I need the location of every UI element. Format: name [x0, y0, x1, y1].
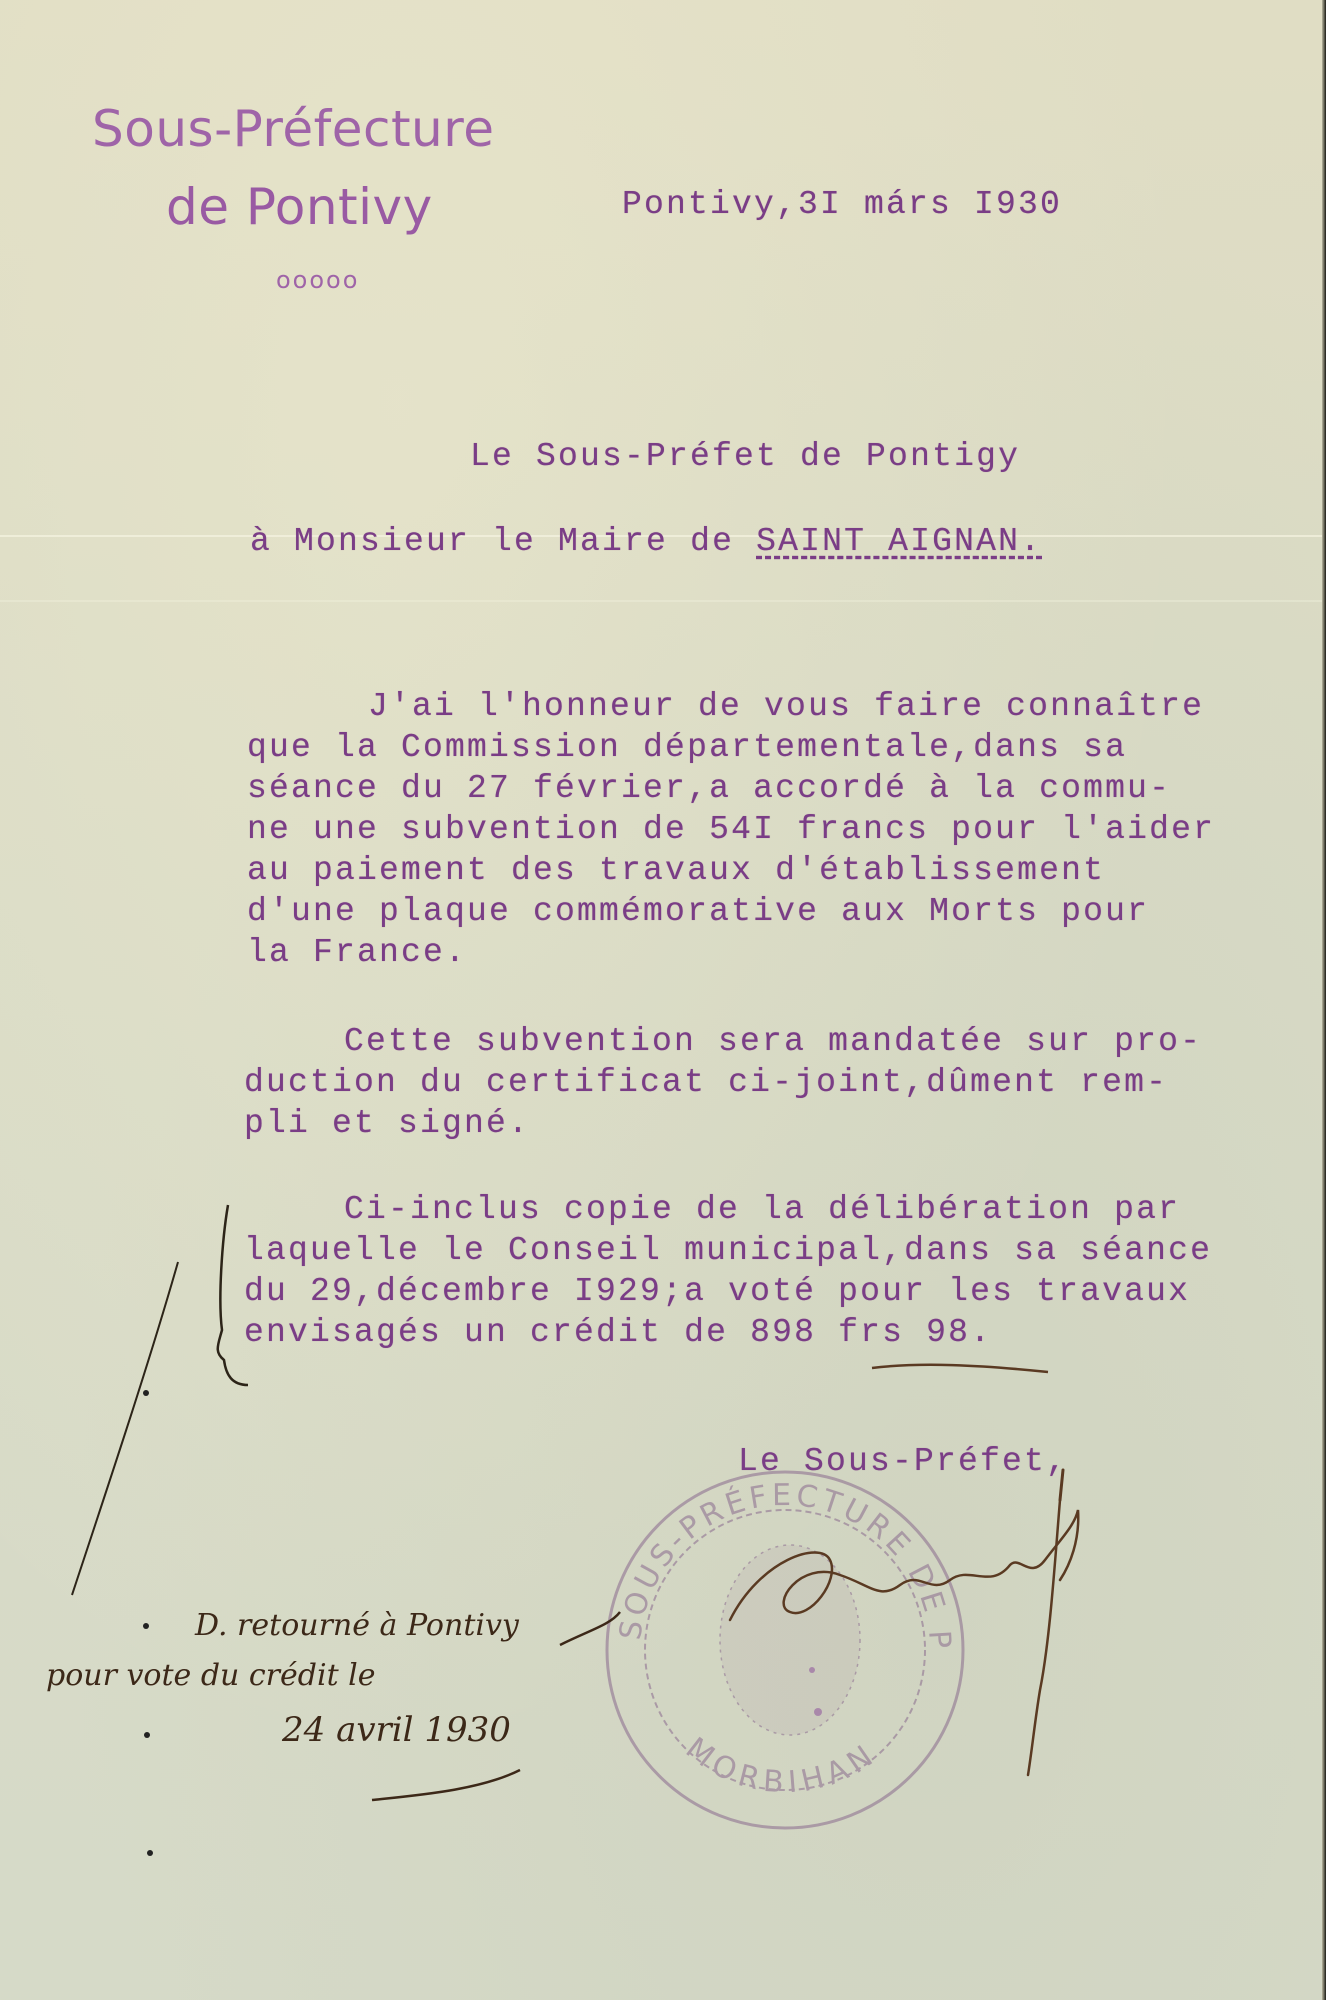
ink-overlay: SOUS-PRÉFECTURE DE PONTIVY MORBIHAN — [0, 0, 1326, 2000]
margin-bracket — [218, 1205, 248, 1385]
svg-text:SOUS-PRÉFECTURE DE PONTIVY: SOUS-PRÉFECTURE DE PONTIVY — [0, 0, 957, 1653]
underline-mark — [872, 1365, 1048, 1372]
handwritten-note-line2: pour vote du crédit le — [46, 1658, 376, 1693]
svg-text:MORBIHAN: MORBIHAN — [679, 1731, 884, 1801]
margin-line — [72, 1262, 178, 1595]
annotation-underline — [372, 1770, 520, 1800]
handwritten-note-line3: 24 avril 1930 — [282, 1710, 511, 1750]
handwritten-note-line1: D. retourné à Pontivy — [195, 1608, 519, 1643]
